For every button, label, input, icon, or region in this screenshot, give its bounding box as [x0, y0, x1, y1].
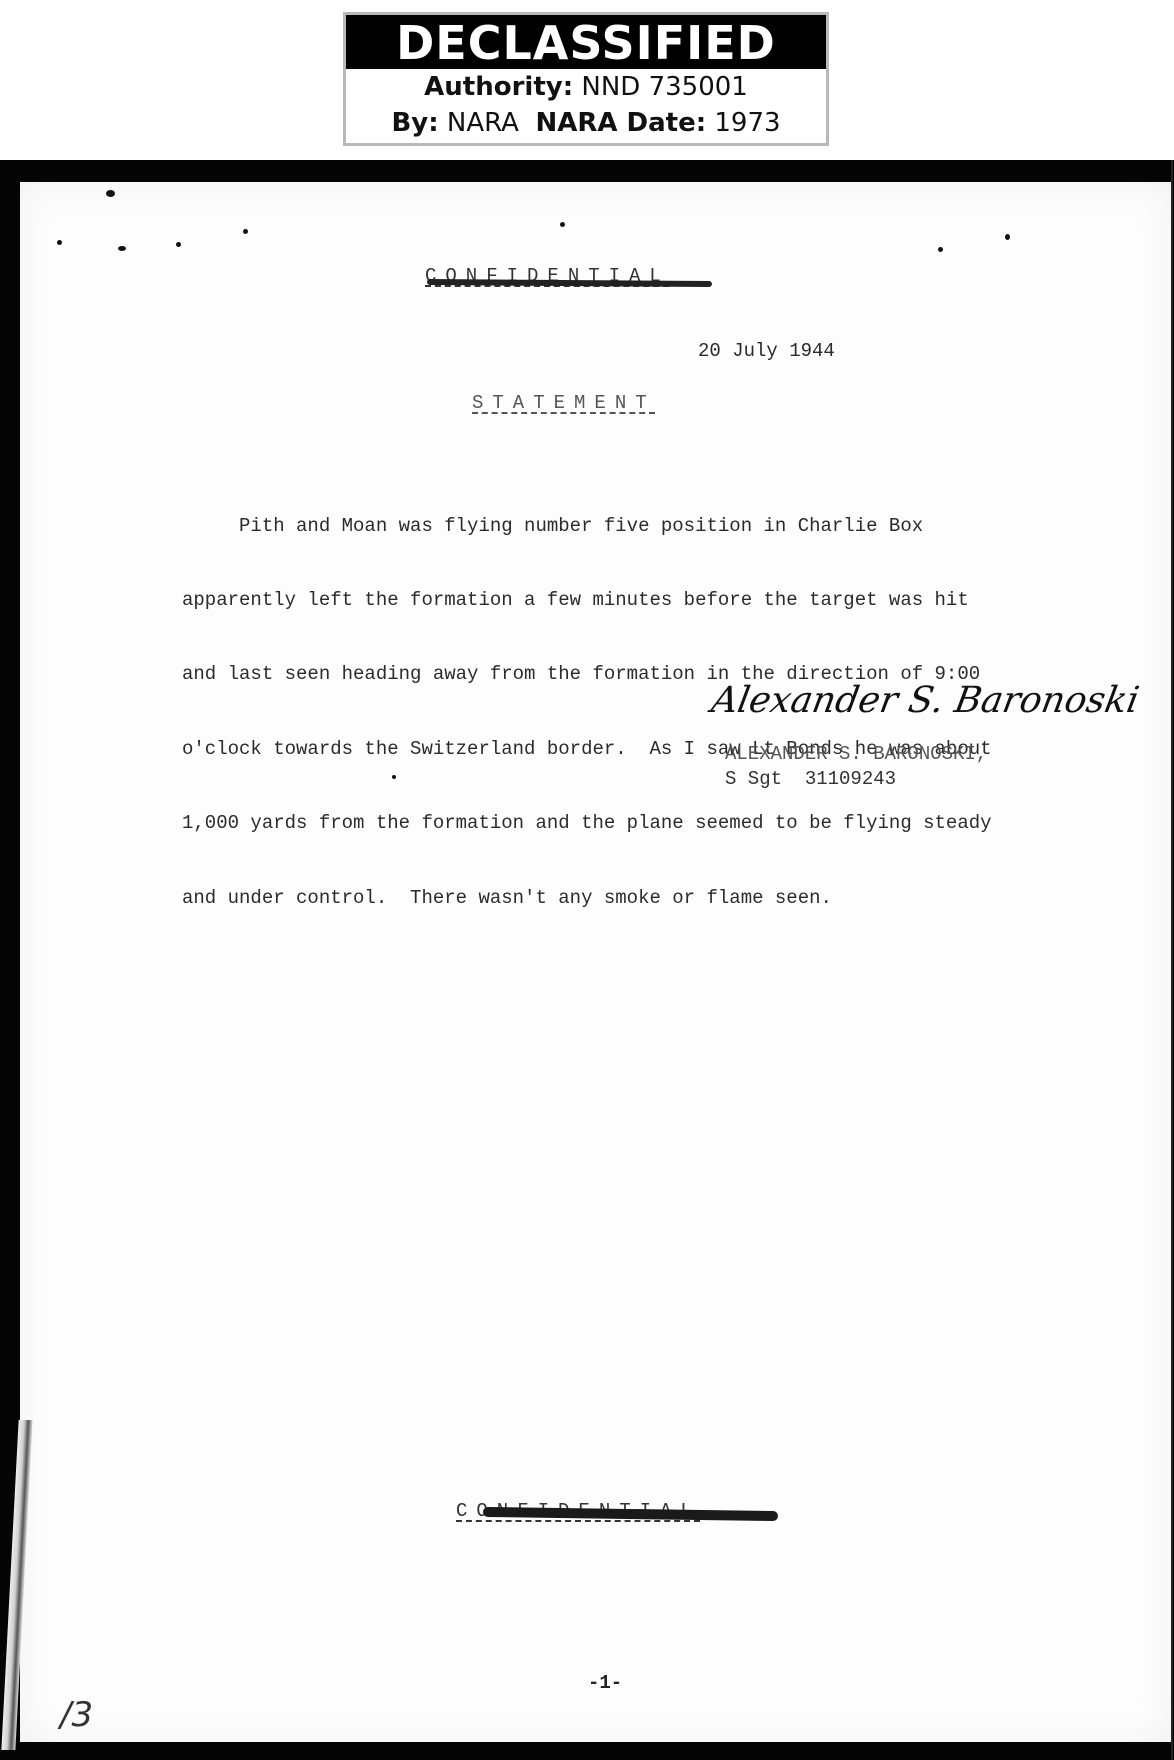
dust-speck [176, 242, 181, 247]
declassified-stamp: DECLASSIFIED Authority: NND 735001 By: N… [343, 12, 829, 146]
body-line: Pith and Moan was flying number five pos… [182, 514, 1062, 539]
dust-speck [243, 229, 248, 234]
handwritten-signature: Alexander S. Baronoski [708, 680, 1142, 721]
by-value: NARA [447, 108, 519, 138]
stamp-authority: Authority: NND 735001 [346, 69, 826, 105]
dust-speck [57, 240, 62, 245]
document-heading: STATEMENT [472, 392, 656, 414]
nara-date-label: NARA Date: [535, 108, 706, 138]
body-line: and under control. There wasn't any smok… [182, 886, 1062, 911]
dust-speck [938, 247, 943, 252]
stamp-by-date: By: NARA NARA Date: 1973 [346, 105, 826, 141]
dust-speck [106, 190, 115, 197]
page-edge [1171, 160, 1173, 1760]
nara-date-value: 1973 [714, 108, 780, 138]
authority-label: Authority: [424, 72, 573, 102]
by-label: By: [391, 108, 438, 138]
stamp-title: DECLASSIFIED [346, 15, 826, 69]
folio-mark: /3 [60, 1695, 93, 1735]
dust-speck [1005, 234, 1010, 240]
dust-speck [560, 222, 565, 227]
signer-rank-serial: S Sgt 31109243 [725, 768, 896, 790]
body-line: apparently left the formation a few minu… [182, 588, 1062, 613]
signer-name: ALEXANDER S. BARONOSKI, [725, 743, 987, 765]
page-number: -1- [588, 1672, 622, 1694]
authority-value: NND 735001 [581, 72, 747, 102]
dust-speck [118, 246, 126, 251]
document-date: 20 July 1944 [698, 340, 835, 362]
body-line: 1,000 yards from the formation and the p… [182, 811, 1062, 836]
